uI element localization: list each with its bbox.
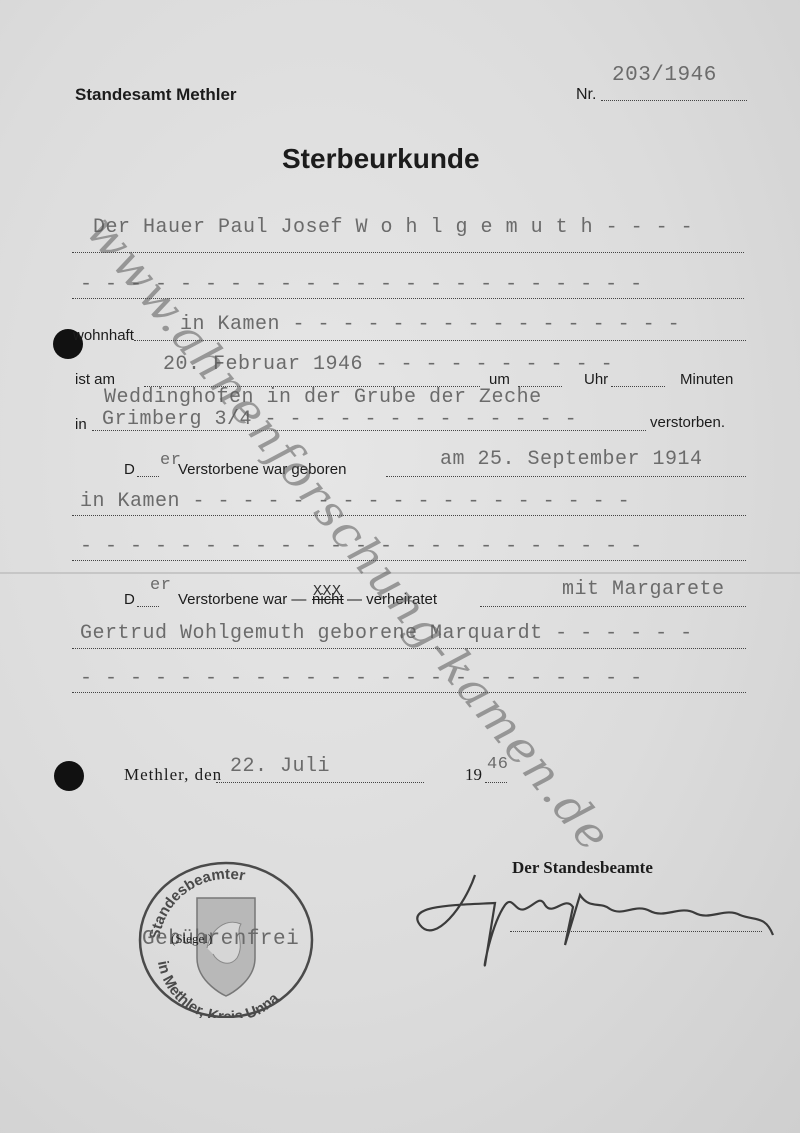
issue-year-line xyxy=(485,782,507,783)
place-in-label: in xyxy=(75,416,87,433)
died-label: verstorben. xyxy=(650,414,725,431)
fee-exempt-overtype: Gebührenfrei xyxy=(142,928,299,951)
spouse-name-2: Gertrud Wohlgemuth geborene Marquardt - … xyxy=(80,622,693,645)
nr-line xyxy=(601,100,747,101)
issue-date-line xyxy=(216,782,424,783)
residence-label: wohnhaft xyxy=(73,327,134,344)
spouse-name-1: mit Margarete xyxy=(562,578,725,601)
marriage-overtype: XXX xyxy=(313,583,342,600)
punch-hole-bottom xyxy=(54,761,84,791)
marriage-line-1 xyxy=(480,606,746,607)
birth-article-line xyxy=(137,476,159,477)
registrar-signature xyxy=(395,865,775,975)
document-title: Sterbeurkunde xyxy=(282,143,480,175)
death-certificate-page: Standesamt Methler Nr. 203/1946 Sterbeur… xyxy=(0,0,800,1133)
issue-date: 22. Juli xyxy=(230,755,330,778)
birth-prefix: D xyxy=(124,461,135,478)
office-name: Standesamt Methler xyxy=(75,85,237,105)
minute-line xyxy=(611,386,665,387)
birth-line-2 xyxy=(72,515,746,516)
seal-center-label: (Siegel) xyxy=(171,931,212,947)
issue-place-label: Methler, den xyxy=(124,765,222,785)
death-place-line1: Weddinghofen in der Grube der Zeche xyxy=(104,386,542,409)
name-line-1 xyxy=(72,252,744,253)
issue-year-prefix: 19 xyxy=(465,765,482,785)
marriage-continuation: - - - - - - - - - - - - - - - - - - - - … xyxy=(80,667,643,690)
uhr-label: Uhr xyxy=(584,371,608,388)
birth-date: am 25. September 1914 xyxy=(440,448,703,471)
minuten-label: Minuten xyxy=(680,371,733,388)
marriage-prefix: D xyxy=(124,591,135,608)
death-place-line2: Grimberg 3/4 - - - - - - - - - - - - - xyxy=(102,408,577,431)
marriage-article-line xyxy=(137,606,159,607)
birth-line-3 xyxy=(72,560,746,561)
birth-line-1 xyxy=(386,476,746,477)
residence-value: in Kamen - - - - - - - - - - - - - - - - xyxy=(180,313,680,336)
marriage-article-suffix: er xyxy=(150,576,171,595)
deceased-name: Der Hauer Paul Josef W o h l g e m u t h… xyxy=(93,216,693,239)
marriage-label-1: Verstorbene war — xyxy=(178,591,306,608)
marriage-line-3 xyxy=(72,692,746,693)
nr-value: 203/1946 xyxy=(612,64,717,87)
nr-label: Nr. xyxy=(576,86,596,104)
